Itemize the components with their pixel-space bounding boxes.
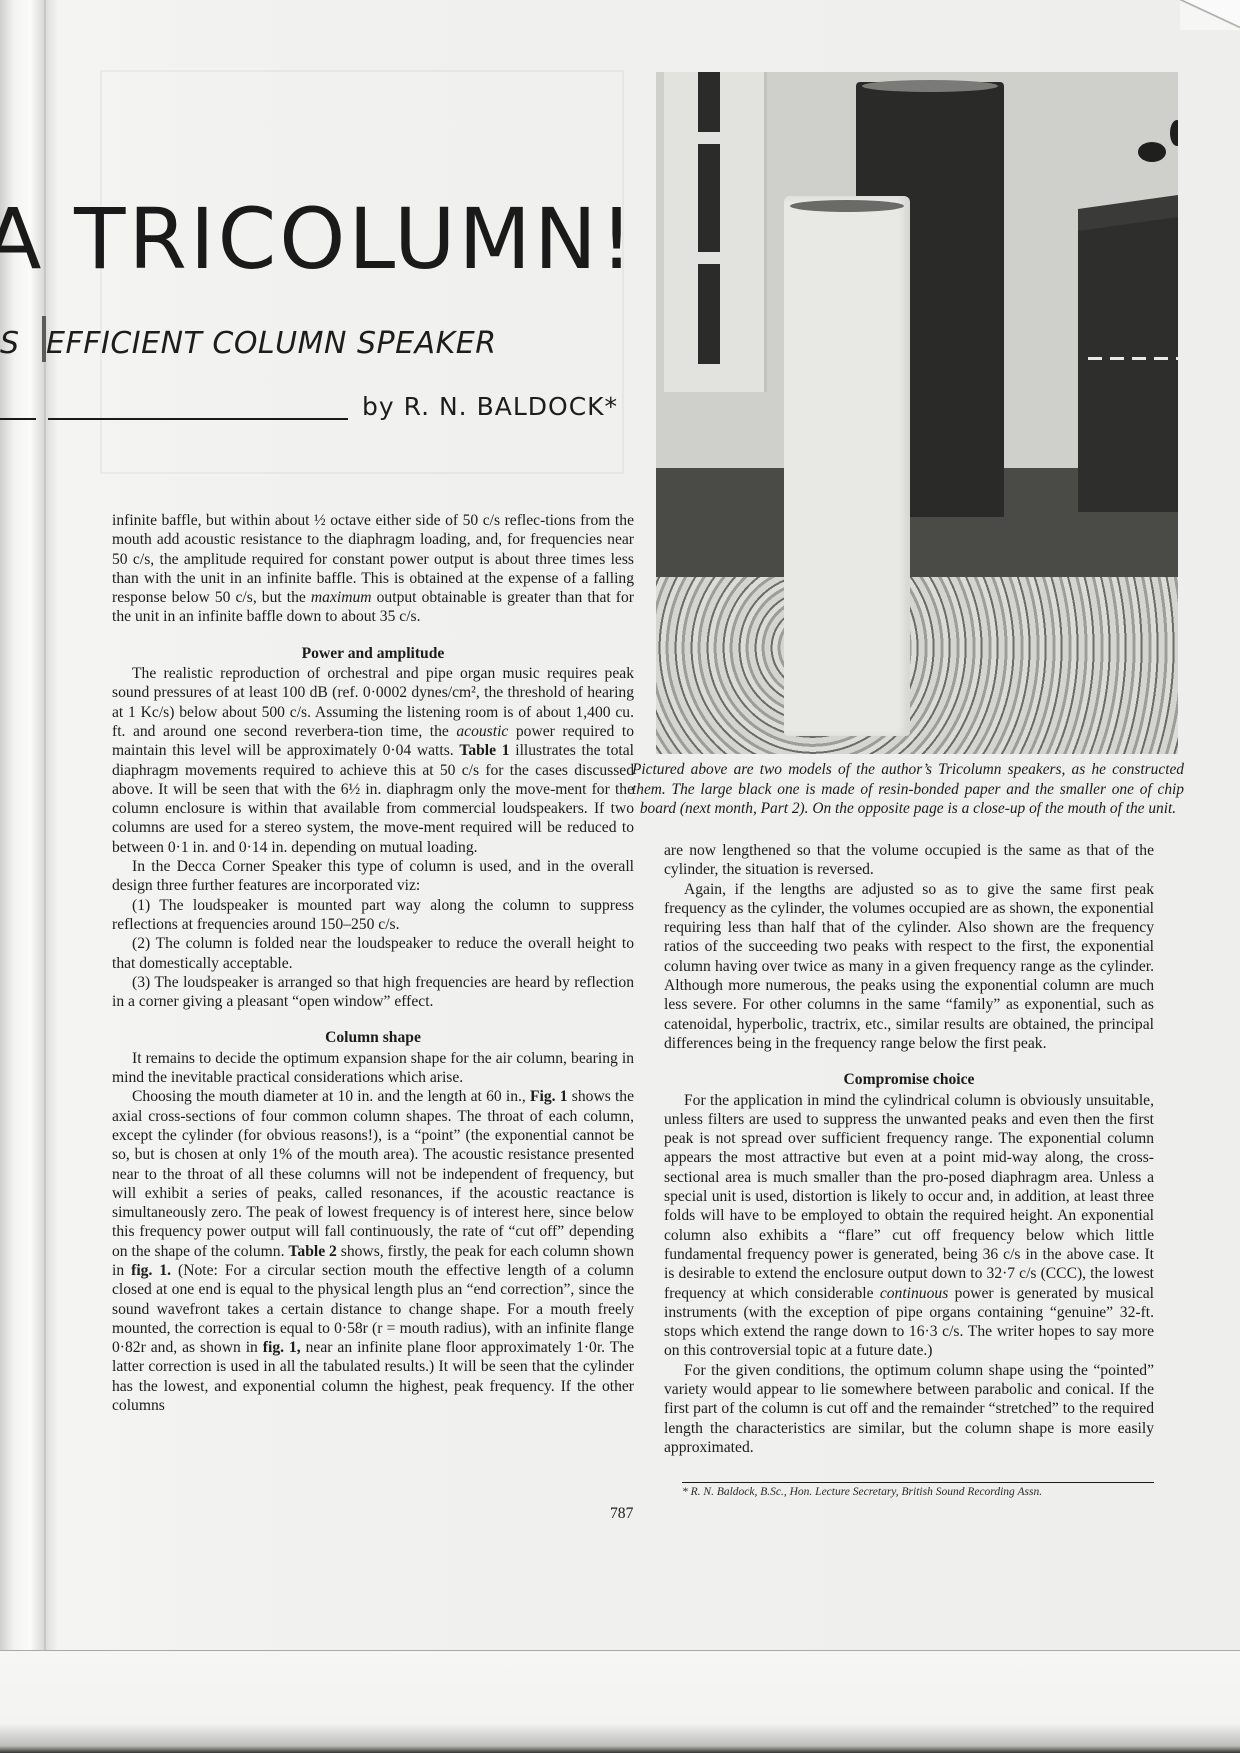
photo-caption: Pictured above are two models of the aut… (632, 760, 1184, 819)
byline: by R. N. BALDOCK* (362, 392, 618, 421)
heading-compromise-choice: Compromise choice (664, 1070, 1154, 1089)
page-corner-fold (1180, 0, 1240, 30)
feature-item-2: (2) The column is folded near the loudsp… (112, 934, 634, 973)
compromise-paragraph-1: For the application in mind the cylindri… (664, 1091, 1154, 1361)
article-title: A TRICOLUMN! (0, 190, 636, 288)
continued-paragraph: are now lengthened so that the volume oc… (664, 841, 1154, 880)
author-footnote: * R. N. Baldock, B.Sc., Hon. Lecture Sec… (682, 1486, 1042, 1498)
power-paragraph-2: In the Decca Corner Speaker this type of… (112, 857, 634, 896)
cabinet (1078, 212, 1178, 512)
compromise-paragraph-2: For the given conditions, the optimum co… (664, 1361, 1154, 1457)
subtitle-text: EFFICIENT COLUMN SPEAKER (46, 326, 497, 361)
shape-paragraph-1: It remains to decide the optimum expansi… (112, 1049, 634, 1088)
feature-item-3: (3) The loudspeaker is arranged so that … (112, 973, 634, 1012)
subtitle-fragment: S (0, 326, 46, 361)
staple (42, 316, 46, 362)
scanner-bottom-edge (0, 1650, 1240, 1753)
title-rule-left (0, 418, 36, 420)
feature-item-1: (1) The loudspeaker is mounted part way … (112, 896, 634, 935)
intro-paragraph: infinite baffle, but within about ½ octa… (112, 511, 634, 627)
power-paragraph-1: The realistic reproduction of orchestral… (112, 664, 634, 857)
flower (1138, 142, 1166, 162)
magazine-page: A TRICOLUMN! SEFFICIENT COLUMN SPEAKER b… (0, 0, 1240, 1753)
speaker-photo (656, 72, 1178, 754)
article-subtitle: SEFFICIENT COLUMN SPEAKER (0, 326, 497, 361)
window-frame (664, 72, 767, 392)
right-column: are now lengthened so that the volume oc… (664, 841, 1154, 1457)
footnote-rule (682, 1482, 1154, 1483)
page-number: 787 (610, 1505, 633, 1523)
white-column-speaker (784, 196, 910, 736)
left-column: infinite baffle, but within about ½ octa… (112, 511, 634, 1415)
patterned-rug (656, 577, 1178, 754)
shape-paragraph-2: Choosing the mouth diameter at 10 in. an… (112, 1087, 634, 1415)
heading-power-amplitude: Power and amplitude (112, 644, 634, 663)
heading-column-shape: Column shape (112, 1028, 634, 1047)
again-paragraph: Again, if the lengths are adjusted so as… (664, 880, 1154, 1054)
title-rule (48, 418, 348, 420)
